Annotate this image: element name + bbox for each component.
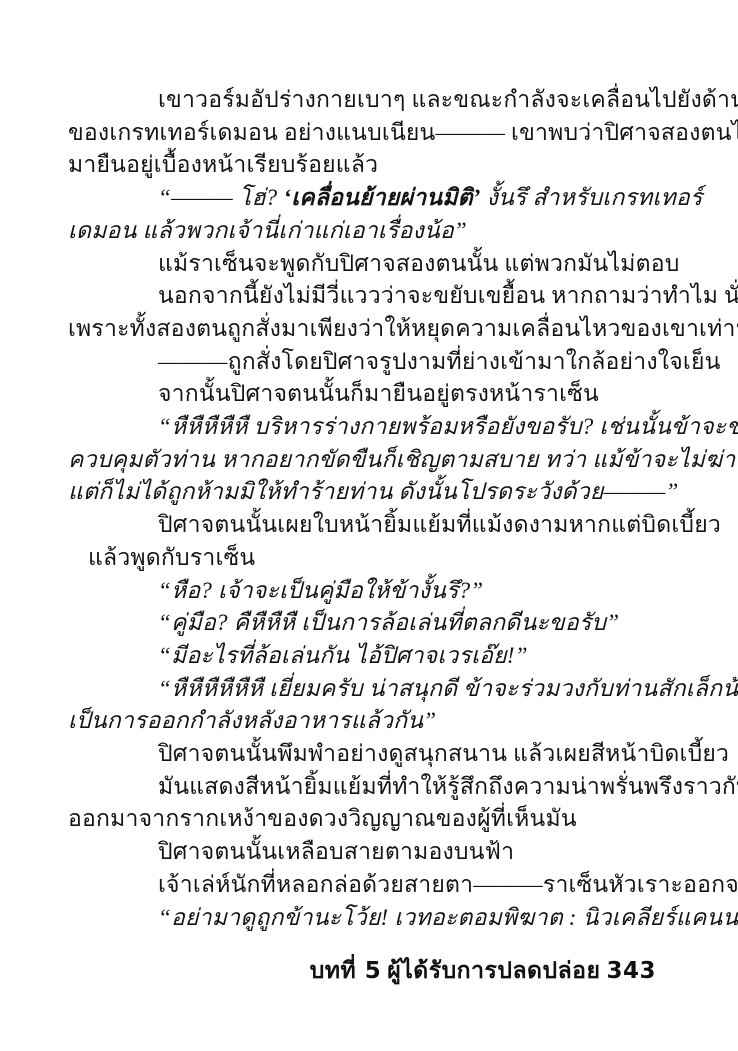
book-page: เขาวอร์มอัปร่างกายเบาๆ และขณะกำลังจะเคลื… (0, 0, 738, 1051)
dialogue-line: เป็นการออกกำลังหลังอาหารแล้วกัน” (68, 705, 674, 738)
narration-line: เพราะทั้งสองตนถูกสั่งมาเพียงว่าให้หยุดคว… (68, 313, 674, 346)
spell-name-bold: ‘เคลื่อนย้ายผ่านมิติ’ (283, 185, 480, 210)
page-footer: บทที่ 5ผู้ได้รับการปลดปล่อย343 (304, 953, 656, 989)
dialogue-line: “——— โฮ่? ‘เคลื่อนย้ายผ่านมิติ’ งั้นรึ ส… (68, 182, 674, 215)
dialogue-line: ควบคุมตัวท่าน หากอยากขัดขืนก็เชิญตามสบาย… (68, 444, 674, 477)
narration-line: เขาวอร์มอัปร่างกายเบาๆ และขณะกำลังจะเคลื… (68, 84, 674, 117)
dialogue-line: เดมอน แล้วพวกเจ้านี่เก่าแก่เอาเรื่องน้อ” (68, 215, 674, 248)
dialogue-text: “——— โฮ่? (158, 185, 283, 210)
text-block: เขาวอร์มอัปร่างกายเบาๆ และขณะกำลังจะเคลื… (68, 84, 674, 934)
dialogue-text: งั้นรึ สำหรับเกรทเทอร์ (481, 185, 703, 210)
dialogue-line: “หืหืหืหืหืหื เยี่ยมครับ น่าสนุกดี ข้าจะ… (68, 673, 674, 706)
narration-line: จากนั้นปิศาจตนนั้นก็มายืนอยู่ตรงหน้าราเซ… (68, 378, 674, 411)
narration-line: เจ้าเล่ห์นักที่หลอกล่อด้วยสายตา———ราเซ็น… (68, 869, 674, 902)
narration-line: ปิศาจตนนั้นเผยใบหน้ายิ้มแย้มที่แม้งดงามห… (68, 509, 674, 542)
narration-line: ออกมาจากรากเหง้าของดวงวิญญาณของผู้ที่เห็… (68, 803, 674, 836)
narration-line: ปิศาจตนนั้นเหลือบสายตามองบนฟ้า (68, 836, 674, 869)
chapter-number: บทที่ 5 (310, 958, 381, 984)
narration-line: มันแสดงสีหน้ายิ้มแย้มที่ทำให้รู้สึกถึงคว… (68, 771, 674, 804)
narration-line: แล้วพูดกับราเซ็น (68, 542, 674, 575)
chapter-title: ผู้ได้รับการปลดปล่อย (387, 958, 600, 984)
dialogue-line: “อย่ามาดูถูกข้านะโว้ย! เวทอะตอมพิฆาต : น… (68, 902, 674, 935)
narration-line: มายืนอยู่เบื้องหน้าเรียบร้อยแล้ว (68, 149, 674, 182)
dialogue-line: แต่ก็ไม่ได้ถูกห้ามมิให้ทำร้ายท่าน ดังนั้… (68, 476, 674, 509)
narration-line: แม้ราเซ็นจะพูดกับปิศาจสองตนนั้น แต่พวกมั… (68, 248, 674, 281)
dialogue-line: “คู่มือ? คืหืหืหื เป็นการล้อเล่นที่ตลกดี… (68, 607, 674, 640)
narration-line: ปิศาจตนนั้นพึมพำอย่างดูสนุกสนาน แล้วเผยส… (68, 738, 674, 771)
dialogue-line: “หืหืหืหืหื บริหารร่างกายพร้อมหรือยังขอร… (68, 411, 674, 444)
narration-line: นอกจากนี้ยังไม่มีวี่แววว่าจะขยับเขยื้อน … (68, 280, 674, 313)
dialogue-line: “หือ? เจ้าจะเป็นคู่มือให้ข้างั้นรึ?” (68, 575, 674, 608)
narration-line: ———ถูกสั่งโดยปิศาจรูปงามที่ย่างเข้ามาใกล… (68, 346, 674, 379)
page-number: 343 (606, 958, 656, 984)
dialogue-line: “มีอะไรที่ล้อเล่นกัน ไอ้ปิศาจเวรเอ๊ย!” (68, 640, 674, 673)
narration-line: ของเกรทเทอร์เดมอน อย่างแนบเนียน——— เขาพบ… (68, 117, 674, 150)
